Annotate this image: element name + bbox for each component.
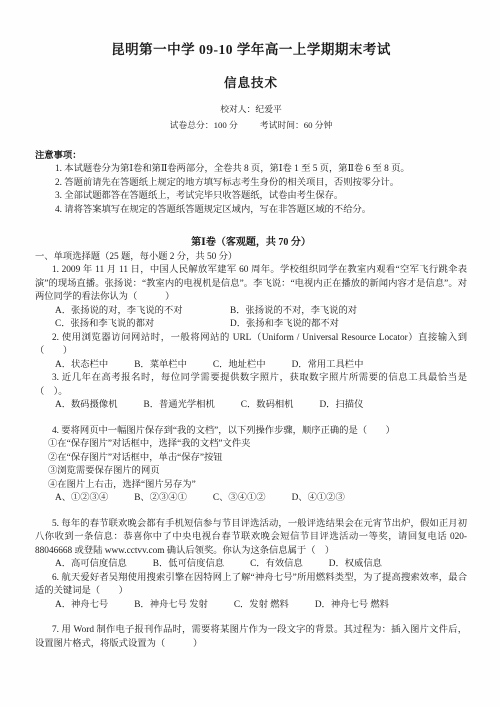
question-2: 2. 使用浏览器访问网站时，一般将网站的 URL（Uniform / Unive…: [35, 332, 467, 373]
step-4: ④在图片上右击，选择“图片另存为”: [35, 479, 467, 493]
option-d: D．权威信息: [329, 558, 382, 572]
question-4-options: A、①②③④ B、②③④① C、③④①② D、④①②③: [35, 492, 467, 506]
option-d: D．神舟七号 燃料: [315, 599, 389, 613]
question-1-options: A．张扬说的对，李飞说的不对 B．张扬说的不对，李飞说的对 C．张扬和李飞说的都…: [35, 305, 467, 332]
note-item: 3. 全部试题都答在答题纸上，考试完毕只收答题纸，试卷由考生保存。: [35, 190, 467, 204]
question-1-text: 1. 2009 年 11 月 11 日，中国人民解放军建军 60 周年。学校组织…: [35, 264, 467, 305]
option-a: A．张扬说的对，李飞说的不对: [55, 305, 230, 319]
option-b: B．低可信度信息: [153, 558, 224, 572]
question-2-text: 2. 使用浏览器访问网站时，一般将网站的 URL（Uniform / Unive…: [35, 332, 467, 359]
option-c: C．地址栏中: [213, 359, 266, 373]
section-heading: 一、单项选择题（25 题，每小题 2 分，共 50 分）: [35, 250, 467, 264]
option-b: B．神舟七号 发射: [134, 599, 208, 613]
option-a: A．高可信度信息: [55, 558, 127, 572]
option-d: D．张扬和李飞说的都不对: [230, 318, 467, 332]
question-5-text: 5. 每年的春节联欢晚会都有手机短信参与节目评选活动，一般评选结果会在元宵节出炉…: [35, 518, 467, 559]
option-a: A、①②③④: [55, 492, 108, 506]
option-d: D、④①②③: [292, 492, 345, 506]
option-b: B．张扬说的不对，李飞说的对: [230, 305, 467, 319]
option-c: C．张扬和李飞说的都对: [55, 318, 230, 332]
option-a: A．状态栏中: [55, 359, 108, 373]
notes-heading: 注意事项：: [35, 147, 467, 161]
exam-subject: 信息技术: [35, 73, 467, 91]
exam-title: 昆明第一中学 09-10 学年高一上学期期末考试: [35, 38, 467, 58]
question-3-options: A．数码摄像机 B．普通光学相机 C．数码相机 D．扫描仪: [35, 399, 467, 413]
part1-heading: 第Ⅰ卷（客观题，共 70 分）: [35, 233, 467, 248]
option-c: C、③④①②: [213, 492, 266, 506]
total-score-text: 试卷总分：100 分: [170, 120, 238, 130]
question-1: 1. 2009 年 11 月 11 日，中国人民解放军建军 60 周年。学校组织…: [35, 264, 467, 332]
option-c: C．发射 燃料: [234, 599, 289, 613]
option-b: B．菜单栏中: [134, 359, 187, 373]
question-6-text: 6. 航天爱好者吴翔使用搜索引擎在因特网上了解“神舟七号”所用燃料类型，为了提高…: [35, 572, 467, 599]
question-7-text: 7. 用 Word 制作电子报刊作品时，需要将某图片作为一段文字的背景。其过程为…: [35, 624, 467, 651]
question-3: 3. 近几年在高考报名时，每位同学需要提供数字照片，获取数字照片所需要的信息工具…: [35, 372, 467, 413]
duration-text: 考试时间：60 分钟: [260, 120, 333, 130]
question-3-text: 3. 近几年在高考报名时，每位同学需要提供数字照片，获取数字照片所需要的信息工具…: [35, 372, 467, 399]
option-d: D．扫描仪: [319, 399, 363, 413]
question-4-text: 4. 要将网页中一幅图片保存到“我的文档”，以下列操作步骤，顺序正确的是（ ）: [35, 425, 467, 439]
question-5-options: A．高可信度信息 B．低可信度信息 C．有效信息 D．权威信息: [35, 558, 467, 572]
option-c: C．有效信息: [250, 558, 303, 572]
step-2: ②在“保存图片”对话框中，单击“保存”按钮: [35, 452, 467, 466]
question-6: 6. 航天爱好者吴翔使用搜索引擎在因特网上了解“神舟七号”所用燃料类型，为了提高…: [35, 572, 467, 613]
note-item: 2. 答题前请先在答题纸上规定的地方填写标志考生身份的相关项目，否则按零分计。: [35, 177, 467, 191]
note-item: 1. 本试题卷分为第Ⅰ卷和第Ⅱ卷两部分，全卷共 8 页，第Ⅰ卷 1 至 5 页，…: [35, 163, 467, 177]
question-6-options: A．神舟七号 B．神舟七号 发射 C．发射 燃料 D．神舟七号 燃料: [35, 599, 467, 613]
option-b: B、②③④①: [134, 492, 187, 506]
question-4-steps: ①在“保存图片”对话框中，选择“我的文档”文件夹 ②在“保存图片”对话框中，单击…: [35, 438, 467, 492]
proofreader-line: 校对人：纪爱平: [35, 102, 467, 115]
option-b: B．普通光学相机: [144, 399, 215, 413]
proofreader-text: 校对人：纪爱平: [220, 104, 282, 114]
option-c: C．数码相机: [241, 399, 294, 413]
option-d: D．常用工具栏中: [292, 359, 364, 373]
note-item: 4. 请将答案填写在规定的答题纸答题规定区域内，写在非答题区域的不给分。: [35, 204, 467, 218]
exam-paper-page: 昆明第一中学 09-10 学年高一上学期期末考试 信息技术 校对人：纪爱平 试卷…: [0, 0, 500, 707]
option-a: A．数码摄像机: [55, 399, 118, 413]
question-4: 4. 要将网页中一幅图片保存到“我的文档”，以下列操作步骤，顺序正确的是（ ） …: [35, 425, 467, 506]
question-7: 7. 用 Word 制作电子报刊作品时，需要将某图片作为一段文字的背景。其过程为…: [35, 624, 467, 651]
notes-section: 注意事项： 1. 本试题卷分为第Ⅰ卷和第Ⅱ卷两部分，全卷共 8 页，第Ⅰ卷 1 …: [35, 147, 467, 217]
option-a: A．神舟七号: [55, 599, 108, 613]
question-2-options: A．状态栏中 B．菜单栏中 C．地址栏中 D．常用工具栏中: [35, 359, 467, 373]
question-5: 5. 每年的春节联欢晚会都有手机短信参与节目评选活动，一般评选结果会在元宵节出炉…: [35, 518, 467, 572]
score-duration-line: 试卷总分：100 分考试时间：60 分钟: [35, 118, 467, 131]
step-1: ①在“保存图片”对话框中，选择“我的文档”文件夹: [35, 438, 467, 452]
step-3: ③浏览需要保存图片的网页: [35, 465, 467, 479]
